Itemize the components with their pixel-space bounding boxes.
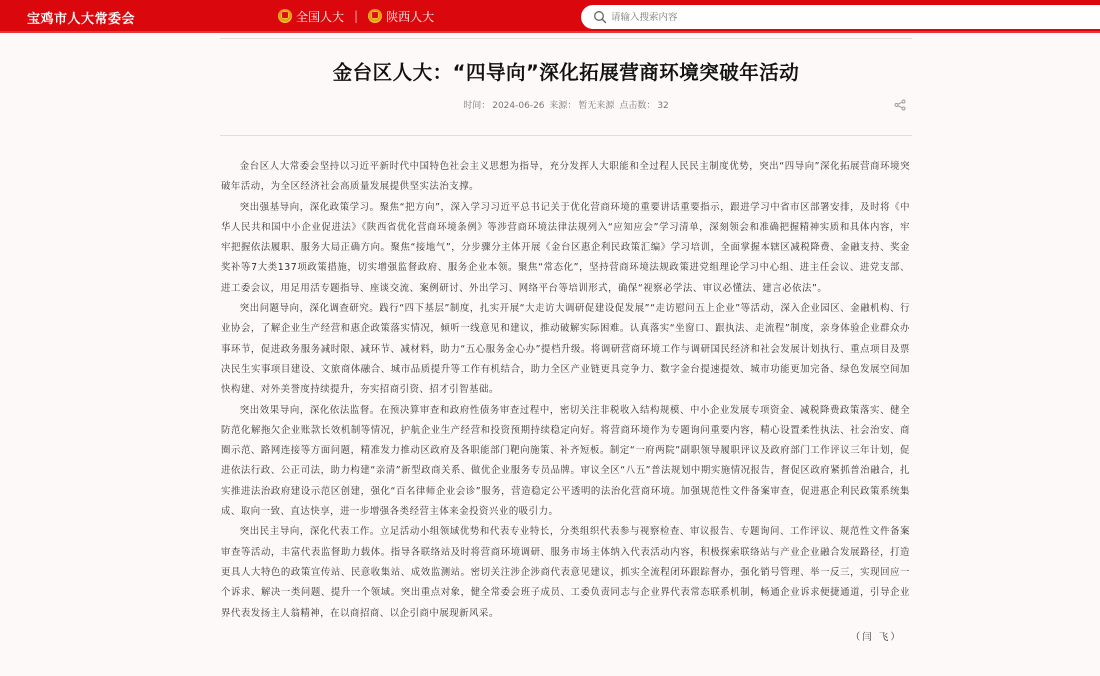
link-shaanxi-npc[interactable]: 陕西人大 xyxy=(368,8,434,25)
paragraph-problem: 突出问题导向，深化调查研究。践行“四下基层”制度，扎实开展“大走访大调研促建设促… xyxy=(221,299,910,400)
search-input[interactable] xyxy=(611,12,1071,23)
link-label: 陕西人大 xyxy=(386,8,434,25)
article-title: 金台区人大：“四导向”深化拓展营商环境突破年活动 xyxy=(220,60,912,86)
article-body: 金台区人大常委会坚持以习近平新时代中国特色社会主义思想为指导，充分发挥人大职能和… xyxy=(220,157,912,648)
source-value: 暂无来源 xyxy=(578,101,614,111)
paragraph-democracy: 突出民主导向，深化代表工作。立足活动小组领域优势和代表专业特长，分类组织代表参与… xyxy=(221,522,910,623)
click-count: 32 xyxy=(657,101,668,111)
paragraph-intro: 金台区人大常委会坚持以习近平新时代中国特色社会主义思想为指导，充分发挥人大职能和… xyxy=(221,157,910,198)
divider xyxy=(220,135,912,136)
search-box[interactable] xyxy=(581,5,1100,29)
clicks-label: 点击数： xyxy=(619,101,655,111)
share-icon[interactable] xyxy=(894,99,906,111)
link-label: 全国人大 xyxy=(296,8,344,25)
search-icon[interactable] xyxy=(593,10,607,24)
header-nav-links: 全国人大 | 陕西人大 xyxy=(278,7,434,25)
link-national-npc[interactable]: 全国人大 xyxy=(278,8,344,25)
article-container: 金台区人大：“四导向”深化拓展营商环境突破年活动 时间：2024-06-26 来… xyxy=(220,38,912,648)
national-emblem-icon xyxy=(368,9,382,23)
paragraph-foundation: 突出强基导向，深化政策学习。聚焦“把方向”，深入学习习近平总书记关于优化营商环境… xyxy=(221,198,910,299)
author-signature: （闫 飞） xyxy=(221,628,910,648)
article-meta: 时间：2024-06-26 来源：暂无来源 点击数：32 xyxy=(220,98,912,114)
top-header-bar: 宝鸡市人大常委会 全国人大 | 陕西人大 xyxy=(0,0,1100,33)
nav-separator: | xyxy=(354,9,358,23)
divider xyxy=(220,38,912,39)
national-emblem-icon xyxy=(278,9,292,23)
source-label: 来源： xyxy=(549,101,576,111)
publish-date: 2024-06-26 xyxy=(492,101,544,111)
site-name[interactable]: 宝鸡市人大常委会 xyxy=(27,8,135,27)
time-label: 时间： xyxy=(463,101,490,111)
paragraph-effect: 突出效果导向，深化依法监督。在预决算审查和政府性债务审查过程中，密切关注非税收入… xyxy=(221,401,910,523)
